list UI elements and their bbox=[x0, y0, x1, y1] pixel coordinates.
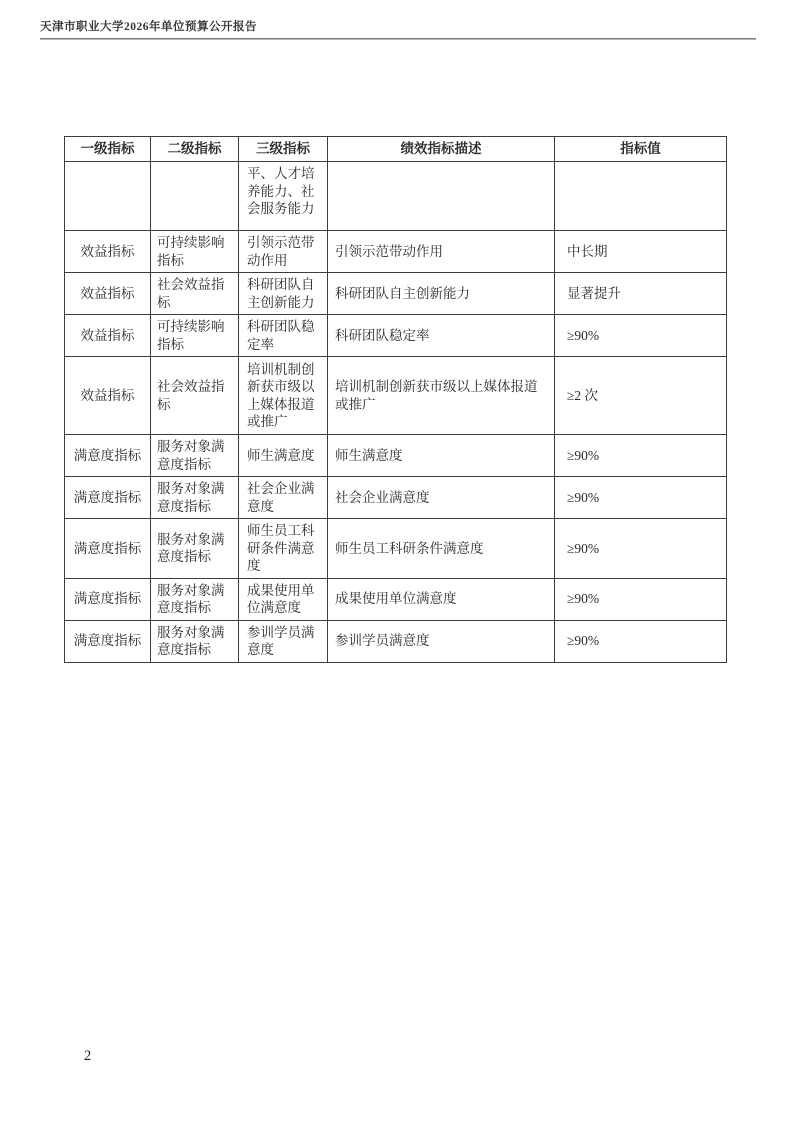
table-cell-description: 科研团队稳定率 bbox=[328, 315, 555, 357]
table-cell-level1 bbox=[65, 162, 151, 231]
table-cell-level2: 服务对象满意度指标 bbox=[151, 620, 239, 662]
table-row: 满意度指标 服务对象满意度指标 社会企业满意度 社会企业满意度 ≥90% bbox=[65, 477, 727, 519]
table-cell-level2: 可持续影响指标 bbox=[151, 315, 239, 357]
table-row: 满意度指标 服务对象满意度指标 成果使用单位满意度 成果使用单位满意度 ≥90% bbox=[65, 578, 727, 620]
table-row: 效益指标 可持续影响指标 引领示范带动作用 引领示范带动作用 中长期 bbox=[65, 231, 727, 273]
table-header-row: 一级指标 二级指标 三级指标 绩效指标描述 指标值 bbox=[65, 137, 727, 162]
table-row: 效益指标 社会效益指标 科研团队自主创新能力 科研团队自主创新能力 显著提升 bbox=[65, 273, 727, 315]
table-cell-target-value: ≥90% bbox=[555, 315, 727, 357]
column-header-level2: 二级指标 bbox=[151, 137, 239, 162]
table-cell-target-value: ≥2 次 bbox=[555, 357, 727, 435]
table-cell-level2: 服务对象满意度指标 bbox=[151, 578, 239, 620]
table-row: 满意度指标 服务对象满意度指标 师生员工科研条件满意度 师生员工科研条件满意度 … bbox=[65, 519, 727, 579]
table-row: 效益指标 可持续影响指标 科研团队稳定率 科研团队稳定率 ≥90% bbox=[65, 315, 727, 357]
table-cell-target-value: 中长期 bbox=[555, 231, 727, 273]
column-header-level3: 三级指标 bbox=[239, 137, 328, 162]
table-cell-description: 参训学员满意度 bbox=[328, 620, 555, 662]
column-header-level1: 一级指标 bbox=[65, 137, 151, 162]
table-cell-level1: 效益指标 bbox=[65, 357, 151, 435]
indicator-table-body: 平、人才培养能力、社会服务能力 效益指标 可持续影响指标 引领示范带动作用 引领… bbox=[65, 162, 727, 663]
table-cell-level3: 科研团队稳定率 bbox=[239, 315, 328, 357]
table-row: 效益指标 社会效益指标 培训机制创新获市级以上媒体报道或推广 培训机制创新获市级… bbox=[65, 357, 727, 435]
table-cell-target-value: ≥90% bbox=[555, 578, 727, 620]
table-cell-level1: 效益指标 bbox=[65, 273, 151, 315]
table-cell-level3: 培训机制创新获市级以上媒体报道或推广 bbox=[239, 357, 328, 435]
table-cell-level1: 效益指标 bbox=[65, 315, 151, 357]
table-cell-level1: 满意度指标 bbox=[65, 519, 151, 579]
table-cell-level3: 科研团队自主创新能力 bbox=[239, 273, 328, 315]
column-header-target-value: 指标值 bbox=[555, 137, 727, 162]
table-cell-level3: 师生满意度 bbox=[239, 435, 328, 477]
table-cell-target-value: ≥90% bbox=[555, 435, 727, 477]
table-cell-level2: 可持续影响指标 bbox=[151, 231, 239, 273]
table-cell-level1: 效益指标 bbox=[65, 231, 151, 273]
table-cell-level2: 服务对象满意度指标 bbox=[151, 477, 239, 519]
table-cell-level2: 社会效益指标 bbox=[151, 357, 239, 435]
table-cell-level2: 服务对象满意度指标 bbox=[151, 519, 239, 579]
table-cell-target-value: ≥90% bbox=[555, 620, 727, 662]
table-row: 平、人才培养能力、社会服务能力 bbox=[65, 162, 727, 231]
table-cell-description: 师生员工科研条件满意度 bbox=[328, 519, 555, 579]
table-cell-level3: 师生员工科研条件满意度 bbox=[239, 519, 328, 579]
table-cell-level2 bbox=[151, 162, 239, 231]
table-cell-description: 师生满意度 bbox=[328, 435, 555, 477]
table-cell-level1: 满意度指标 bbox=[65, 477, 151, 519]
table-cell-level2: 服务对象满意度指标 bbox=[151, 435, 239, 477]
table-cell-description: 培训机制创新获市级以上媒体报道或推广 bbox=[328, 357, 555, 435]
table-cell-level3: 成果使用单位满意度 bbox=[239, 578, 328, 620]
running-header: 天津市职业大学2026年单位预算公开报告 bbox=[40, 20, 756, 40]
table-cell-target-value: 显著提升 bbox=[555, 273, 727, 315]
table-cell-description: 社会企业满意度 bbox=[328, 477, 555, 519]
table-cell-description: 引领示范带动作用 bbox=[328, 231, 555, 273]
table-cell-level3: 平、人才培养能力、社会服务能力 bbox=[239, 162, 328, 231]
table-cell-level1: 满意度指标 bbox=[65, 620, 151, 662]
table-cell-description bbox=[328, 162, 555, 231]
table-row: 满意度指标 服务对象满意度指标 师生满意度 师生满意度 ≥90% bbox=[65, 435, 727, 477]
table-cell-target-value bbox=[555, 162, 727, 231]
table-cell-description: 科研团队自主创新能力 bbox=[328, 273, 555, 315]
table-cell-target-value: ≥90% bbox=[555, 477, 727, 519]
table-row: 满意度指标 服务对象满意度指标 参训学员满意度 参训学员满意度 ≥90% bbox=[65, 620, 727, 662]
table-cell-level3: 参训学员满意度 bbox=[239, 620, 328, 662]
page-number: 2 bbox=[84, 1048, 91, 1065]
document-header-title: 天津市职业大学2026年单位预算公开报告 bbox=[40, 20, 756, 34]
column-header-description: 绩效指标描述 bbox=[328, 137, 555, 162]
table-cell-description: 成果使用单位满意度 bbox=[328, 578, 555, 620]
table-cell-target-value: ≥90% bbox=[555, 519, 727, 579]
table-cell-level1: 满意度指标 bbox=[65, 435, 151, 477]
table-cell-level3: 社会企业满意度 bbox=[239, 477, 328, 519]
table-cell-level2: 社会效益指标 bbox=[151, 273, 239, 315]
table-cell-level3: 引领示范带动作用 bbox=[239, 231, 328, 273]
table-cell-level1: 满意度指标 bbox=[65, 578, 151, 620]
performance-indicator-table: 一级指标 二级指标 三级指标 绩效指标描述 指标值 平、人才培养能力、社会服务能… bbox=[64, 136, 727, 663]
header-rule bbox=[40, 38, 756, 40]
